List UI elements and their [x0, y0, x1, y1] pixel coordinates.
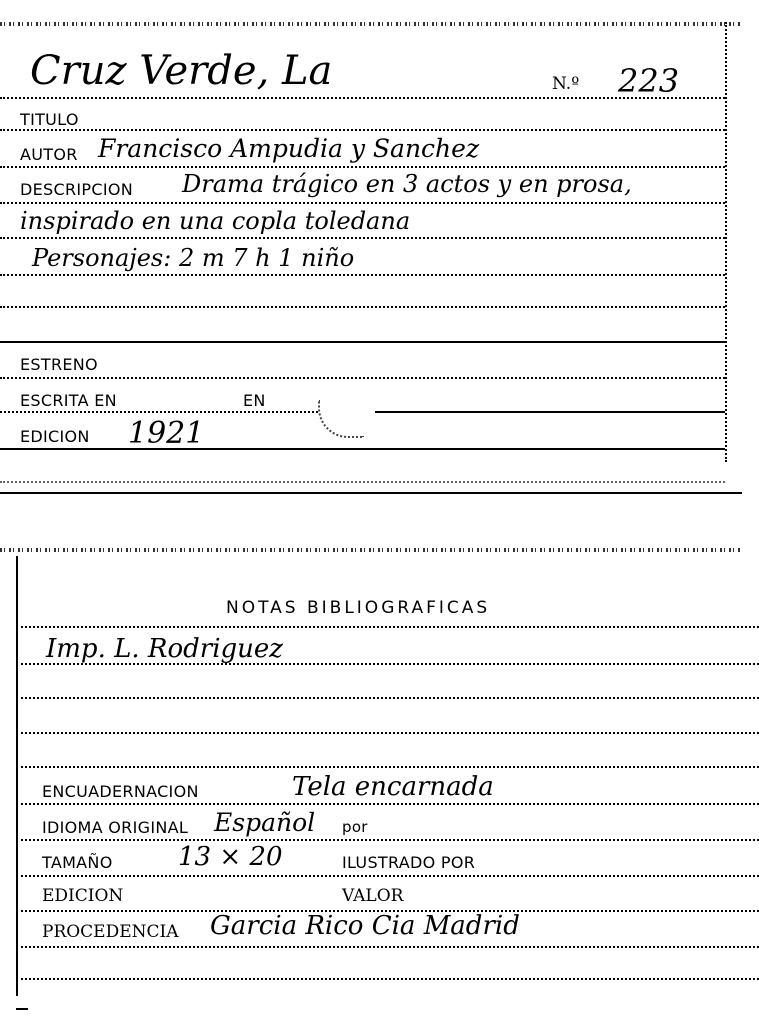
- escrita-en-label: ESCRITA EN: [20, 391, 117, 410]
- rule: [16, 978, 759, 980]
- card-edge-top: [0, 22, 742, 26]
- autor-label: AUTOR: [20, 145, 78, 164]
- rule: [0, 377, 725, 379]
- card-edge-bottom: [0, 492, 742, 494]
- edicion-label: EDICION: [20, 427, 90, 446]
- rule: [16, 732, 759, 734]
- number-label: N.º: [552, 74, 579, 94]
- ilustrado-por-label: ILUSTRADO POR: [342, 853, 475, 872]
- idioma-original-label: IDIOMA ORIGINAL: [42, 818, 188, 837]
- rule: [0, 481, 725, 483]
- rule: [16, 663, 759, 665]
- rule: [0, 274, 725, 276]
- rule: [16, 766, 759, 768]
- tamano-value: 13 × 20: [178, 842, 282, 872]
- rule: [16, 839, 759, 841]
- procedencia-label: PROCEDENCIA: [42, 922, 179, 942]
- edicion-value: 1921: [128, 416, 204, 451]
- number-value: 223: [618, 62, 679, 100]
- por-label: por: [342, 818, 368, 836]
- descripcion-line-3: Personajes: 2 m 7 h 1 niño: [32, 244, 354, 272]
- title-value: Cruz Verde, La: [30, 48, 332, 94]
- rule: [0, 166, 725, 168]
- card-edge-left: [16, 556, 18, 996]
- rule: [375, 411, 725, 413]
- encuadernacion-value: Tela encarnada: [292, 772, 494, 802]
- descripcion-line-1: Drama trágico en 3 actos y en prosa,: [182, 170, 632, 198]
- rule: [16, 803, 759, 805]
- notas-heading: NOTAS BIBLIOGRAFICAS: [226, 598, 490, 618]
- encuadernacion-label: ENCUADERNACION: [42, 782, 199, 801]
- card-edge-bottom: [16, 1008, 28, 1010]
- procedencia-value: Garcia Rico Cia Madrid: [210, 911, 520, 941]
- valor-label: VALOR: [342, 886, 403, 906]
- rule: [0, 448, 725, 450]
- notes-line-1: Imp. L. Rodriguez: [46, 634, 283, 664]
- tamano-label: TAMAÑO: [42, 853, 113, 872]
- descripcion-label: DESCRIPCION: [20, 180, 133, 199]
- edicion-label: EDICION: [42, 886, 123, 906]
- descripcion-line-2: inspirado en una copla toledana: [20, 207, 410, 235]
- rule: [16, 946, 759, 948]
- rule: [0, 306, 725, 308]
- idioma-original-value: Español: [214, 808, 315, 837]
- card-edge-right: [725, 22, 727, 462]
- rule: [0, 341, 725, 343]
- rule: [0, 411, 318, 413]
- card-edge-top: [0, 548, 742, 552]
- rule: [16, 875, 759, 877]
- rule: [16, 626, 759, 628]
- rule: [0, 237, 725, 239]
- estreno-label: ESTRENO: [20, 355, 98, 374]
- rule: [0, 97, 725, 99]
- titulo-label: TITULO: [20, 110, 79, 129]
- rule: [0, 129, 725, 131]
- rule: [0, 202, 725, 204]
- hole-punch-mark: [318, 400, 364, 438]
- autor-value: Francisco Ampudia y Sanchez: [98, 134, 479, 163]
- en-label: EN: [243, 391, 266, 410]
- rule: [16, 697, 759, 699]
